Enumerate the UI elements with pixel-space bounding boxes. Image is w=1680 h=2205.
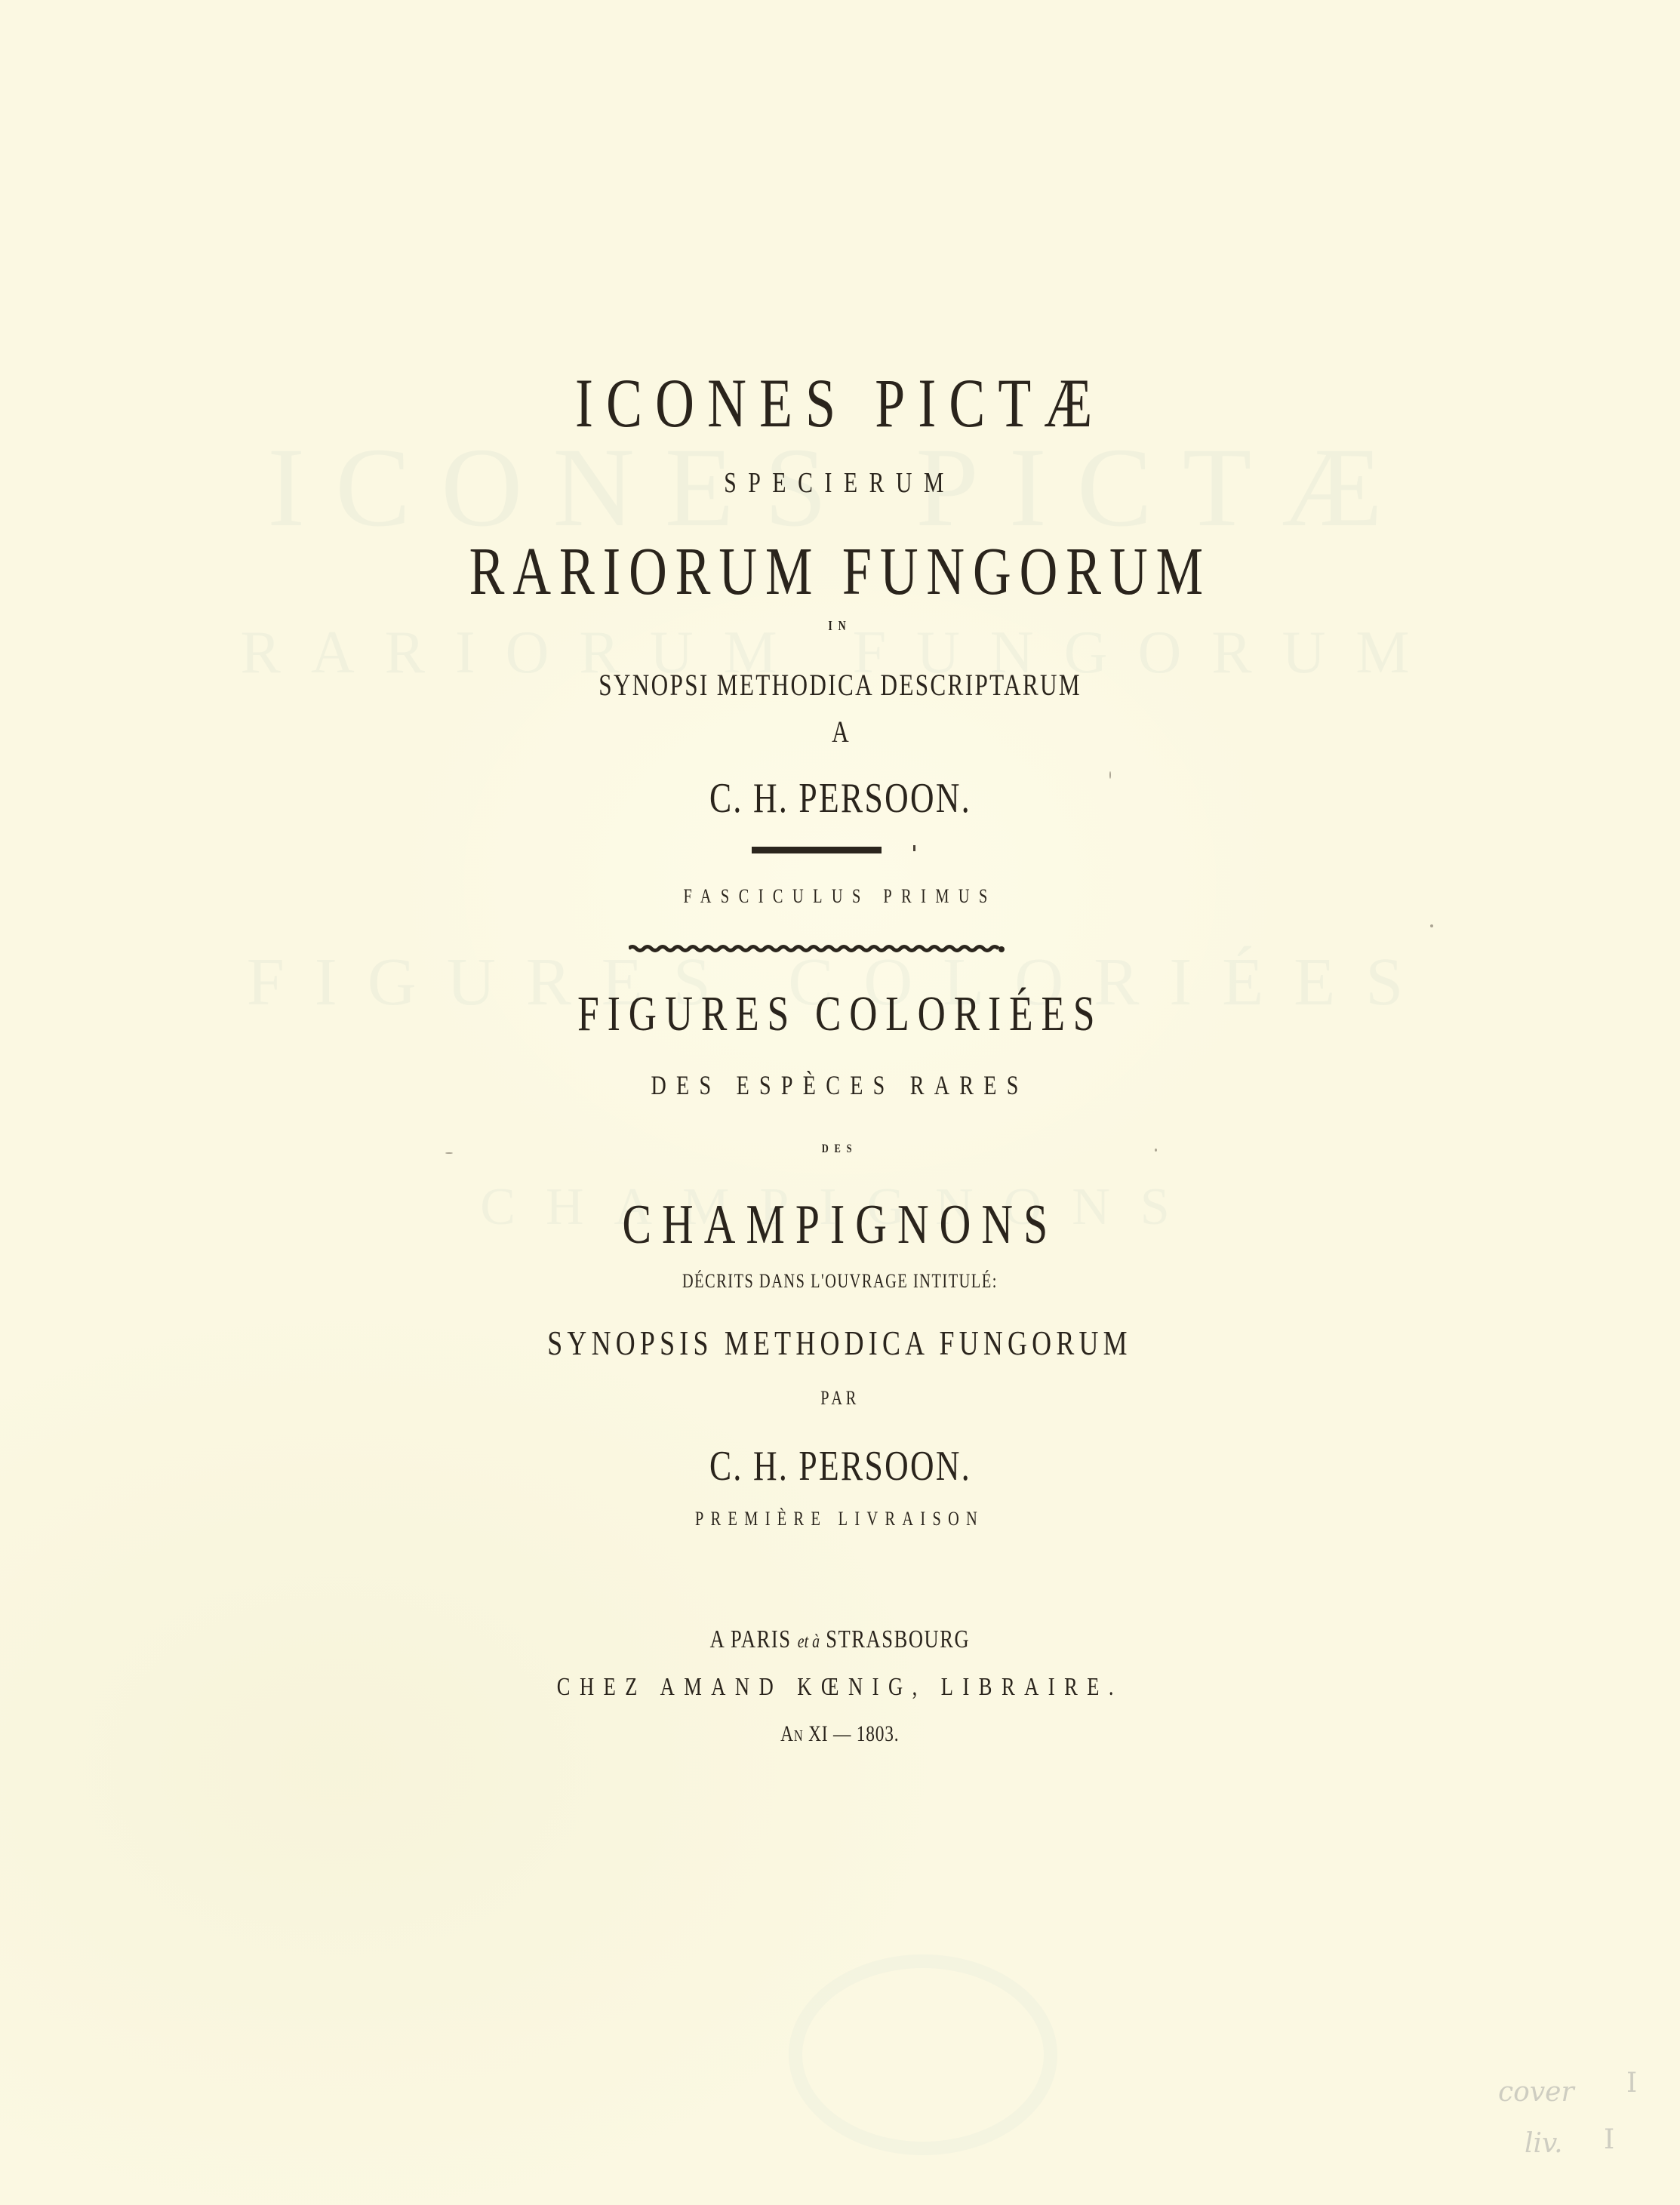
paper-speck (445, 1152, 453, 1154)
faint-stamp-ghost (789, 1954, 1057, 2155)
latin-author: C. H. PERSOON. (0, 777, 1680, 820)
french-title-line-2: DES ESPÈCES RARES (0, 1072, 1680, 1099)
pencil-note-cover: cover (1498, 2077, 1574, 2108)
imprint-place-paris: A PARIS (710, 1625, 792, 1653)
wavy-rule-divider (629, 943, 1006, 954)
french-title-line-1: FIGURES COLORIÉES (0, 989, 1680, 1039)
latin-title-line-5: SYNOPSI METHODICA DESCRIPTARUM (0, 670, 1680, 700)
french-title-line-7: PAR (0, 1389, 1680, 1408)
pencil-note-cover-mark: I (1626, 2068, 1637, 2099)
french-title-line-3: DES (0, 1142, 1680, 1155)
imprint-publisher: CHEZ AMAND KŒNIG, LIBRAIRE. (0, 1674, 1680, 1700)
latin-title-line-2: SPECIERUM (0, 468, 1680, 497)
fascicle-label: FASCICULUS PRIMUS (0, 887, 1680, 906)
french-title-line-4: CHAMPIGNONS (0, 1196, 1680, 1253)
paper-speck (1109, 771, 1111, 779)
imprint-place-conjunction: et à (798, 1630, 820, 1652)
paper-speck (1430, 924, 1433, 927)
latin-title-line-4: IN (0, 619, 1680, 633)
latin-title-line-3: RARIORUM FUNGORUM (0, 537, 1680, 606)
imprint-place: A PARIS et à STRASBOURG (0, 1626, 1680, 1653)
french-title-line-5: DÉCRITS DANS L'OUVRAGE INTITULÉ: (0, 1272, 1680, 1291)
title-page: ICONES PICTÆ RARIORUM FUNGORUM FIGURES C… (0, 0, 1680, 2205)
bold-rule-divider (752, 847, 882, 853)
latin-title-line-6: A (0, 717, 1680, 747)
paper-speck (1155, 1149, 1157, 1152)
rule-speck (913, 845, 915, 851)
french-title-line-6: SYNOPSIS METHODICA FUNGORUM (0, 1325, 1680, 1361)
pencil-note-liv: liv. (1525, 2128, 1563, 2159)
pencil-note-liv-mark: I (1604, 2124, 1614, 2155)
latin-title-line-1: ICONES PICTÆ (0, 368, 1680, 438)
imprint-place-strasbourg: STRASBOURG (826, 1625, 970, 1653)
french-part-label: PREMIÈRE LIVRAISON (0, 1509, 1680, 1529)
imprint-date: AN XI — 1803. (0, 1723, 1680, 1745)
french-author: C. H. PERSOON. (0, 1445, 1680, 1487)
